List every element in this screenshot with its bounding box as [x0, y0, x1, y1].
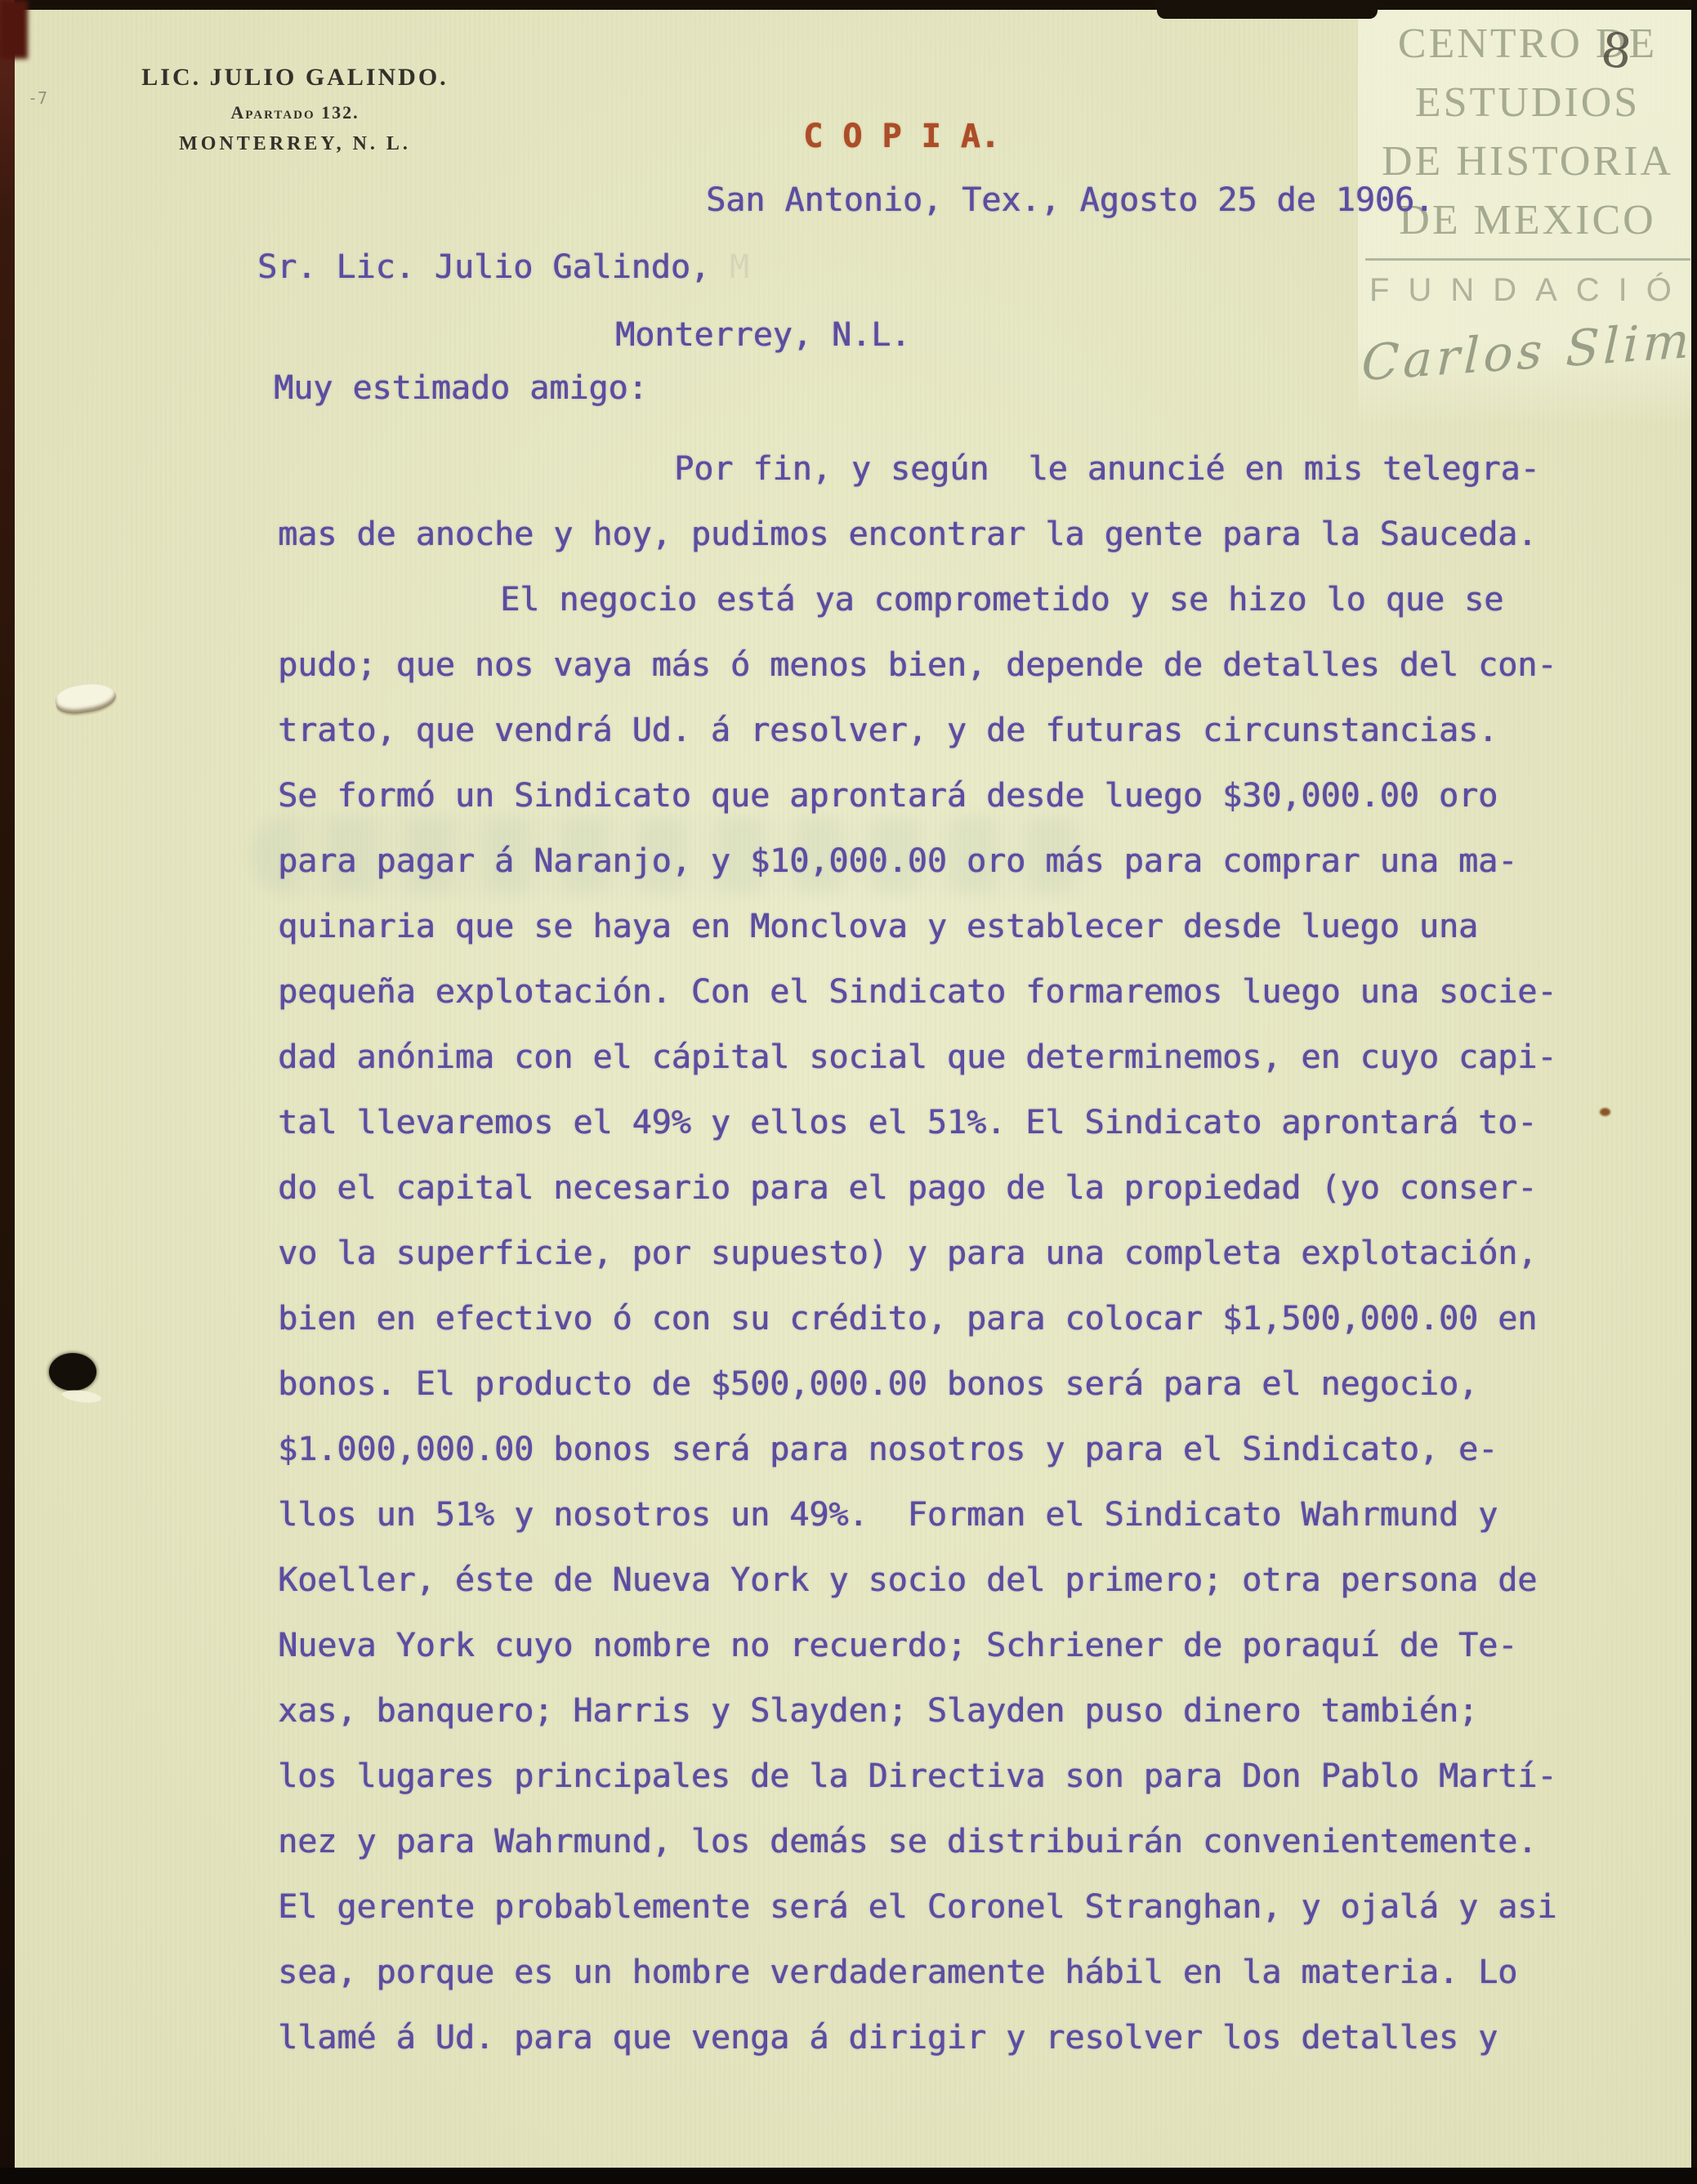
scanned-letter-page: CENTRO DE ESTUDIOS DE HISTORIA DE MEXICO… [0, 0, 1697, 2184]
letter-line: tal llevaremos el 49% y ellos el 51%. El… [278, 1090, 1601, 1155]
copia-heading: C O P I A. [803, 118, 1000, 155]
recipient-name: Sr. Lic. Julio Galindo, [257, 248, 730, 286]
watermark-divider [1365, 258, 1690, 261]
dateline: San Antonio, Tex., Agosto 25 de 1906. [706, 181, 1434, 219]
letter-line: bien en efectivo ó con su crédito, para … [278, 1286, 1601, 1351]
letter-line: Koeller, éste de Nueva York y socio del … [278, 1548, 1601, 1613]
scan-edge-right [1691, 0, 1697, 2184]
letter-line: para pagar á Naranjo, y $10,000.00 oro m… [278, 828, 1601, 894]
recipient-faint-character: M [730, 248, 749, 286]
letter-line: Nueva York cuyo nombre no recuerdo; Schr… [278, 1613, 1601, 1678]
letter-line: vo la superficie, por supuesto) y para u… [278, 1221, 1601, 1286]
letter-body: Por fin, y según le anuncié en mis teleg… [278, 436, 1601, 2070]
margin-pencil-mark: -7 [28, 88, 47, 108]
letter-line: El negocio está ya comprometido y se hiz… [278, 567, 1601, 632]
scan-edge-top-notch [1157, 0, 1378, 19]
letter-line: $1.000,000.00 bonos será para nosotros y… [278, 1417, 1601, 1482]
letter-line: do el capital necesario para el pago de … [278, 1155, 1601, 1221]
letter-line: llos un 51% y nosotros un 49%. Forman el… [278, 1482, 1601, 1548]
letter-line: bonos. El producto de $500,000.00 bonos … [278, 1351, 1601, 1417]
letterhead: LIC. JULIO GALINDO. Apartado 132. MONTER… [135, 64, 455, 155]
recipient-line: Sr. Lic. Julio Galindo, M [257, 248, 749, 286]
stain-speck [1600, 1108, 1610, 1116]
letterhead-address: Apartado 132. [135, 102, 455, 123]
letter-line: mas de anoche y hoy, pudimos encontrar l… [278, 502, 1601, 567]
letter-line: los lugares principales de la Directiva … [278, 1744, 1601, 1809]
punch-hole [49, 1353, 96, 1391]
letter-line: quinaria que se haya en Monclova y estab… [278, 894, 1601, 959]
scan-edge-bottom [0, 2168, 1697, 2184]
letter-line: pequeña explotación. Con el Sindicato fo… [278, 959, 1601, 1025]
letter-line: llamé á Ud. para que venga á dirigir y r… [278, 2005, 1601, 2070]
letter-line: nez y para Wahrmund, los demás se distri… [278, 1809, 1601, 1874]
letter-line: trato, que vendrá Ud. á resolver, y de f… [278, 698, 1601, 763]
salutation: Muy estimado amigo: [274, 369, 648, 407]
scan-corner-blob [0, 0, 28, 59]
letter-line: xas, banquero; Harris y Slayden; Slayden… [278, 1678, 1601, 1744]
letter-line: dad anónima con el cápital social que de… [278, 1025, 1601, 1090]
watermark-line: ESTUDIOS [1358, 74, 1697, 132]
carlos-slim-signature: Carlos Slim [1357, 311, 1697, 392]
letter-line: pudo; que nos vaya más ó menos bien, dep… [278, 632, 1601, 698]
letter-line: El gerente probablemente será el Coronel… [278, 1874, 1601, 1940]
letter-line: Se formó un Sindicato que aprontará desd… [278, 763, 1601, 828]
letter-line: Por fin, y según le anuncié en mis teleg… [278, 436, 1601, 502]
letter-line: sea, porque es un hombre verdaderamente … [278, 1940, 1601, 2005]
letterhead-name: LIC. JULIO GALINDO. [135, 64, 455, 92]
watermark-line: CENTRO DE [1358, 15, 1697, 74]
recipient-city: Monterrey, N.L. [615, 316, 910, 354]
scan-edge-left [0, 0, 15, 2184]
foundation-label: FUNDACIÓN [1358, 272, 1697, 309]
scan-edge-top [0, 0, 1697, 10]
letterhead-city: MONTERREY, N. L. [135, 133, 455, 155]
